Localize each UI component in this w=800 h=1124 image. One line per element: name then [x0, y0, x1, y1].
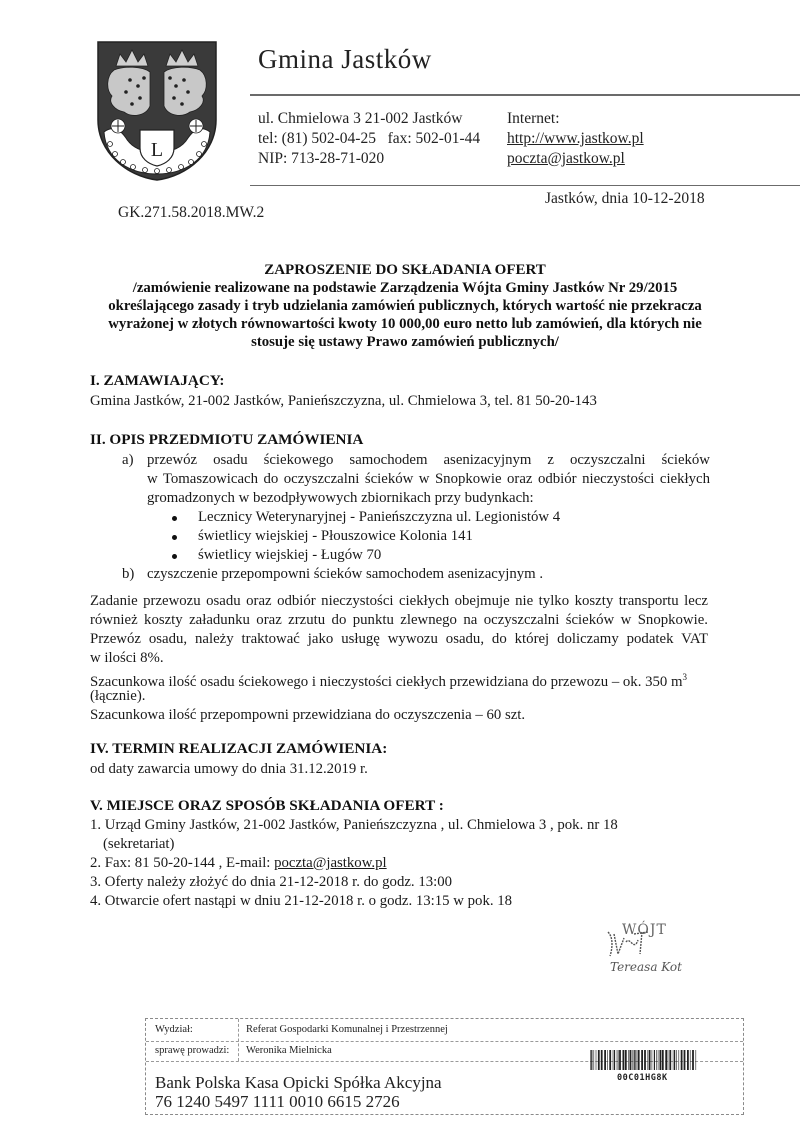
description-line: w ilości 8%. — [90, 649, 710, 669]
dept-label: Wydział: — [155, 1024, 193, 1035]
bullet-item: świetlicy wiejskiej - Płouszowice Koloni… — [198, 527, 473, 547]
barcode-text: 00C01HG8K — [617, 1073, 668, 1083]
bullet-icon — [172, 535, 177, 540]
header-divider-top — [250, 94, 800, 96]
address-block: ul. Chmielowa 3 21-002 Jastków tel: (81)… — [258, 109, 480, 169]
header-divider-bottom — [250, 185, 800, 186]
heading-line: stosuje się ustawy Prawo zamówień public… — [90, 333, 720, 351]
document-date: Jastków, dnia 10-12-2018 — [545, 190, 705, 208]
cubic-superscript: 3 — [683, 672, 688, 682]
document-heading: ZAPROSZENIE DO SKŁADANIA OFERT /zamówien… — [90, 261, 720, 351]
description-line: Przewóz osadu, należy traktować jako usł… — [90, 630, 708, 650]
submission-item-3: 3. Oferty należy złożyć do dnia 21-12-20… — [90, 873, 710, 893]
item-a-marker: a) — [122, 451, 134, 471]
bullet-icon — [172, 516, 177, 521]
estimate-volume-cont: (łącznie). — [90, 687, 710, 707]
organization-name: Gmina Jastków — [258, 44, 432, 75]
nip-line: NIP: 713-28-71-020 — [258, 149, 480, 169]
item-b-marker: b) — [122, 565, 134, 585]
fax-text: 2. Fax: 81 50-20-144 , E-mail: — [90, 855, 274, 871]
barcode-icon — [590, 1050, 697, 1070]
signature-stamp: WÓJT Tereasa Kot — [598, 920, 678, 982]
handler-value: Weronika Mielnicka — [246, 1045, 332, 1056]
bullet-item: Lecznicy Weterynaryjnej - Panieńszczyzna… — [198, 508, 560, 528]
bullet-item: świetlicy wiejskiej - Ługów 70 — [198, 546, 381, 566]
heading-title: ZAPROSZENIE DO SKŁADANIA OFERT — [90, 261, 720, 279]
section-4-text: od daty zawarcia umowy do dnia 31.12.201… — [90, 760, 710, 780]
handler-label: sprawę prowadzi: — [155, 1045, 229, 1056]
coat-of-arms-icon: L — [96, 40, 218, 182]
section-4-title: IV. TERMIN REALIZACJI ZAMÓWIENIA: — [90, 740, 387, 758]
footer-row-divider — [146, 1041, 743, 1042]
submission-item-1: 1. Urząd Gminy Jastków, 21-002 Jastków, … — [90, 816, 710, 836]
item-a-line: w Tomaszowicach do oczyszczalni ścieków … — [147, 470, 710, 490]
signature-scribble-icon — [604, 928, 654, 960]
heading-line: wyrażonej w złotych równowartości kwoty … — [90, 315, 720, 333]
description-line: również koszty załadunku oraz zrzutu do … — [90, 611, 708, 631]
submission-item-1-cont: (sekretariat) — [103, 835, 723, 855]
submission-item-2: 2. Fax: 81 50-20-144 , E-mail: poczta@ja… — [90, 854, 710, 874]
email-link[interactable]: poczta@jastkow.pl — [507, 149, 644, 169]
section-1-title: I. ZAMAWIAJĄCY: — [90, 372, 224, 390]
estimate-pumps: Szacunkowa ilość przepompowni przewidzia… — [90, 706, 710, 726]
website-link[interactable]: http://www.jastkow.pl — [507, 129, 644, 149]
item-a-line: przewóz osadu ściekowego samochodem asen… — [147, 451, 710, 471]
item-a-line: gromadzonych w bezodpływowych zbiornikac… — [147, 489, 534, 509]
footer-col-divider — [238, 1019, 239, 1061]
bullet-icon — [172, 554, 177, 559]
item-b-text: czyszczenie przepompowni ścieków samocho… — [147, 565, 543, 585]
description-line: Zadanie przewozu osadu oraz odbiór niecz… — [90, 592, 708, 612]
internet-block: Internet: http://www.jastkow.pl poczta@j… — [507, 109, 644, 169]
svg-text:L: L — [151, 139, 163, 161]
internet-label: Internet: — [507, 109, 644, 129]
section-2-title: II. OPIS PRZEDMIOTU ZAMÓWIENIA — [90, 431, 363, 449]
heading-line: określającego zasady i tryb udzielania z… — [90, 297, 720, 315]
reference-number: GK.271.58.2018.MW.2 — [118, 204, 264, 222]
phone-fax-line: tel: (81) 502-04-25 fax: 502-01-44 — [258, 129, 480, 149]
address-line: ul. Chmielowa 3 21-002 Jastków — [258, 109, 480, 129]
bank-name: Bank Polska Kasa Opicki Spółka Akcyjna — [155, 1073, 442, 1093]
submission-email-link[interactable]: poczta@jastkow.pl — [274, 855, 387, 871]
section-1-text: Gmina Jastków, 21-002 Jastków, Panieńszc… — [90, 392, 710, 412]
heading-line: /zamówienie realizowane na podstawie Zar… — [90, 279, 720, 297]
dept-value: Referat Gospodarki Komunalnej i Przestrz… — [246, 1024, 448, 1035]
signer-name: Tereasa Kot — [610, 960, 682, 974]
submission-item-4: 4. Otwarcie ofert nastąpi w dniu 21-12-2… — [90, 892, 710, 912]
bank-account: 76 1240 5497 1111 0010 6615 2726 — [155, 1092, 400, 1112]
section-5-title: V. MIEJSCE ORAZ SPOSÓB SKŁADANIA OFERT : — [90, 797, 444, 815]
